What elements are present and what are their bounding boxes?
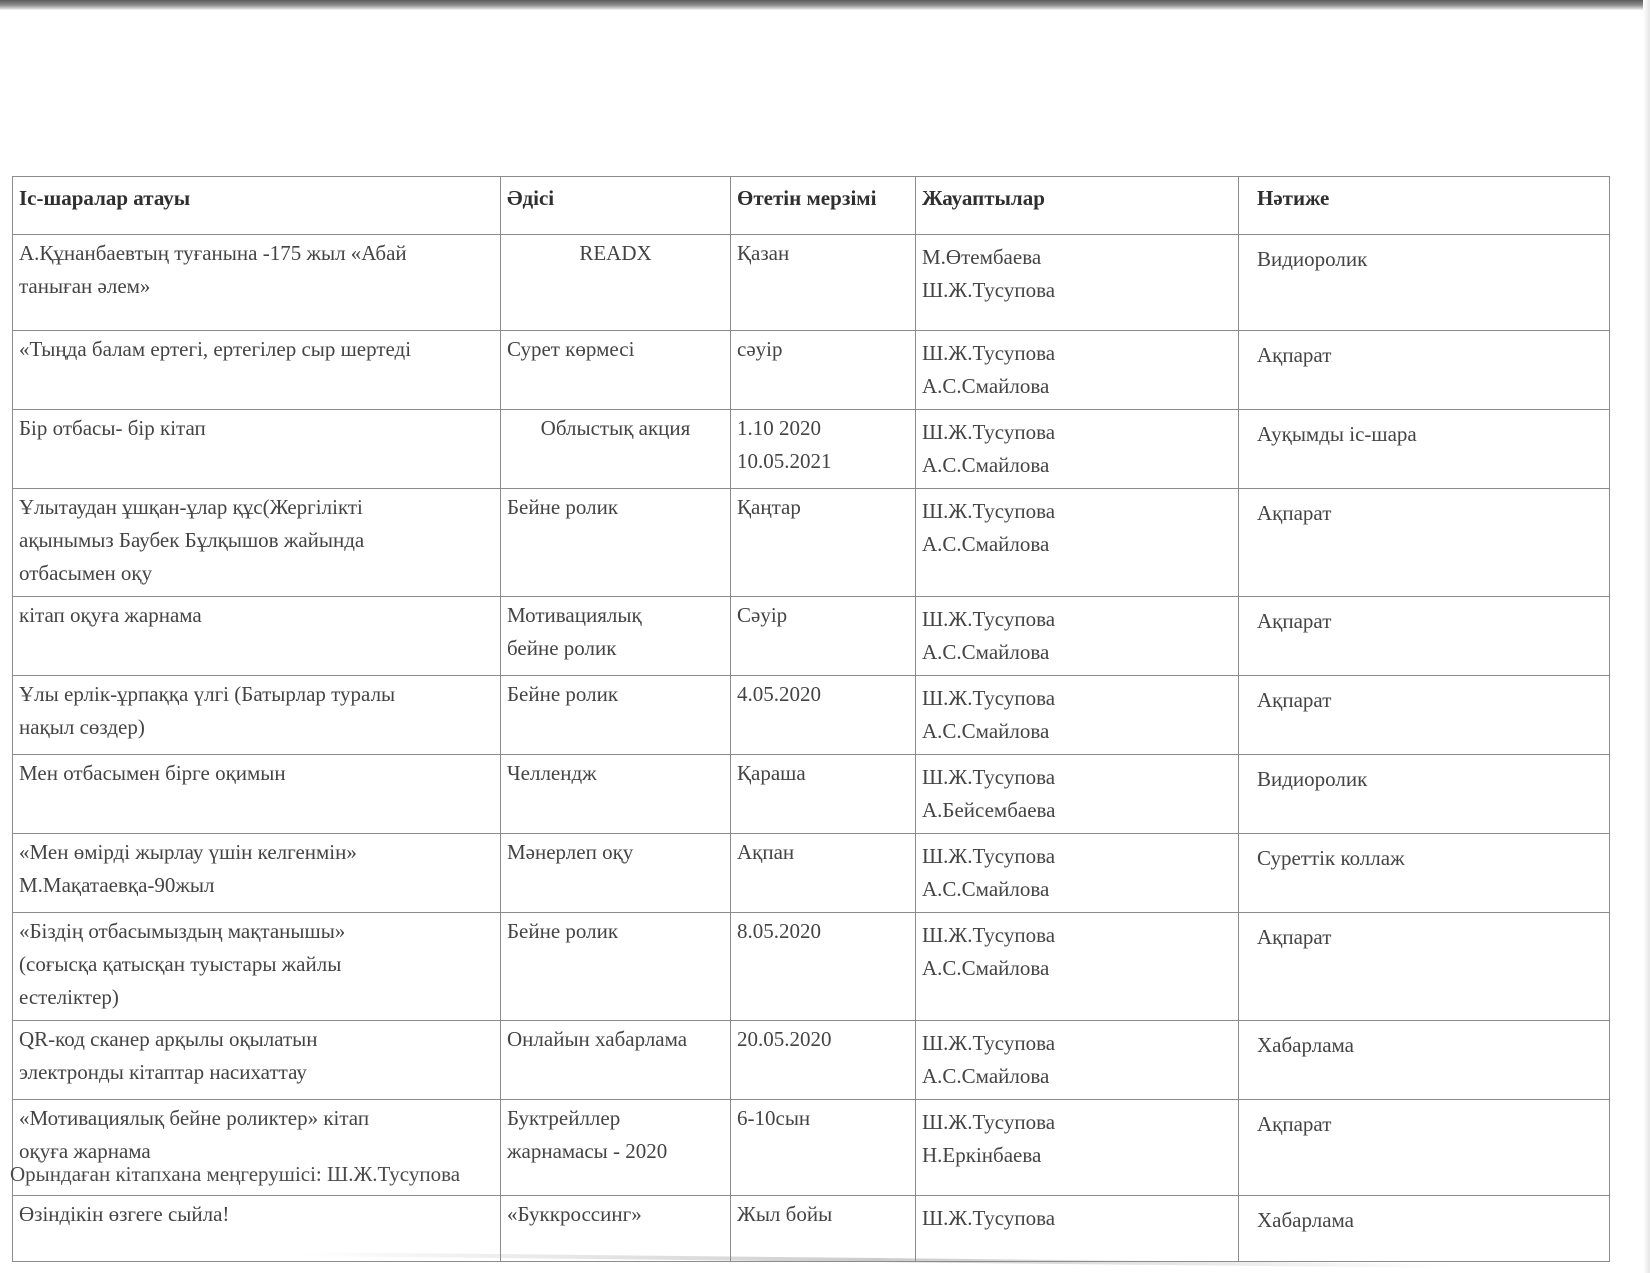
cell-event-name: «Тыңда балам ертегі, ертегілер сыр шерте… — [13, 331, 501, 410]
cell-responsible-line: Ш.Ж.Тусупова — [922, 761, 1232, 794]
cell-method-line: бейне ролик — [507, 632, 724, 665]
cell-responsible: Ш.Ж.ТусуповаА.С.Смайлова — [916, 1021, 1239, 1100]
cell-result-text: Ақпарат — [1257, 1108, 1603, 1141]
cell-event-name-line: Ұлы ерлік-ұрпаққа үлгі (Батырлар туралы — [19, 678, 494, 711]
cell-date-line: 8.05.2020 — [737, 915, 909, 948]
cell-responsible: Ш.Ж.ТусуповаА.С.Смайлова — [916, 834, 1239, 913]
signature-line: Орындаған кітапхана меңгерушісі: Ш.Ж.Тус… — [10, 1162, 460, 1187]
cell-responsible-line: Ш.Ж.Тусупова — [922, 337, 1232, 370]
cell-date: 20.05.2020 — [731, 1021, 916, 1100]
cell-date-line: Қаңтар — [737, 491, 909, 524]
cell-responsible: Ш.Ж.ТусуповаА.Бейсембаева — [916, 755, 1239, 834]
cell-method-line: «Буккроссинг» — [507, 1198, 724, 1231]
cell-method-line: Мәнерлеп оқу — [507, 836, 724, 869]
cell-responsible: Ш.Ж.ТусуповаА.С.Смайлова — [916, 489, 1239, 597]
cell-method-line: Сурет көрмесі — [507, 333, 724, 366]
cell-method-line: READX — [507, 237, 724, 270]
cell-date: 4.05.2020 — [731, 676, 916, 755]
cell-event-name: «Біздің отбасымыздың мақтанышы»(соғысқа … — [13, 913, 501, 1021]
cell-event-name-line: нақыл сөздер) — [19, 711, 494, 744]
cell-event-name: Ұлытаудан ұшқан-ұлар құс(Жергіліктіақыны… — [13, 489, 501, 597]
cell-result: Ақпарат — [1239, 597, 1610, 676]
cell-responsible-line: А.С.Смайлова — [922, 952, 1232, 985]
cell-event-name-line: естеліктер) — [19, 981, 494, 1014]
cell-result-text: Ақпарат — [1257, 339, 1603, 372]
cell-event-name-line: М.Мақатаевқа-90жыл — [19, 869, 494, 902]
events-plan-table: Іс-шаралар атауы Әдісі Өтетін мерзімі Жа… — [12, 176, 1610, 1262]
table-row: Бір отбасы- бір кітапОблыстық акция1.10 … — [13, 410, 1610, 489]
cell-event-name: QR-код сканер арқылы оқылатынэлектронды … — [13, 1021, 501, 1100]
cell-result-text: Ауқымды іс-шара — [1257, 418, 1603, 451]
table-row: кітап оқуға жарнамаМотивациялықбейне рол… — [13, 597, 1610, 676]
cell-date: Ақпан — [731, 834, 916, 913]
cell-event-name-line: «Тыңда балам ертегі, ертегілер сыр шерте… — [19, 333, 494, 366]
cell-date: Қаңтар — [731, 489, 916, 597]
cell-event-name-line: (соғысқа қатысқан туыстары жайлы — [19, 948, 494, 981]
cell-date-line: 10.05.2021 — [737, 445, 909, 478]
cell-date-line: 4.05.2020 — [737, 678, 909, 711]
cell-responsible-line: Ш.Ж.Тусупова — [922, 274, 1232, 307]
cell-responsible: Ш.Ж.ТусуповаА.С.Смайлова — [916, 597, 1239, 676]
cell-method-line: Бейне ролик — [507, 678, 724, 711]
cell-method-line: Бейне ролик — [507, 491, 724, 524]
cell-date: 6-10сын — [731, 1100, 916, 1196]
cell-responsible: Ш.Ж.ТусуповаА.С.Смайлова — [916, 331, 1239, 410]
header-date: Өтетін мерзімі — [731, 177, 916, 235]
cell-responsible-line: А.С.Смайлова — [922, 636, 1232, 669]
cell-method-line: Мотивациялық — [507, 599, 724, 632]
cell-event-name-line: Ұлытаудан ұшқан-ұлар құс(Жергілікті — [19, 491, 494, 524]
cell-date-line: 6-10сын — [737, 1102, 909, 1135]
table-row: «Тыңда балам ертегі, ертегілер сыр шерте… — [13, 331, 1610, 410]
cell-method: Онлайын хабарлама — [501, 1021, 731, 1100]
cell-date-line: 20.05.2020 — [737, 1023, 909, 1056]
cell-event-name-line: А.Құнанбаевтың туғанына -175 жыл «Абай — [19, 237, 494, 270]
cell-method-line: Облыстық акция — [507, 412, 724, 445]
scan-edge-right — [1643, 0, 1650, 1273]
cell-event-name-line: отбасымен оқу — [19, 557, 494, 590]
cell-responsible-line: Ш.Ж.Тусупова — [922, 682, 1232, 715]
cell-date-line: Сәуір — [737, 599, 909, 632]
table-row: QR-код сканер арқылы оқылатынэлектронды … — [13, 1021, 1610, 1100]
cell-event-name-line: «Мотивациялық бейне роликтер» кітап — [19, 1102, 494, 1135]
cell-responsible-line: А.С.Смайлова — [922, 370, 1232, 403]
cell-event-name-line: «Біздің отбасымыздың мақтанышы» — [19, 915, 494, 948]
cell-method: Сурет көрмесі — [501, 331, 731, 410]
cell-responsible: Ш.Ж.ТусуповаА.С.Смайлова — [916, 410, 1239, 489]
cell-date-line: Қараша — [737, 757, 909, 790]
cell-responsible: М.ӨтембаеваШ.Ж.Тусупова — [916, 235, 1239, 331]
cell-date-line: сәуір — [737, 333, 909, 366]
table-row: Өзіндікін өзгеге сыйла!«Буккроссинг»Жыл … — [13, 1196, 1610, 1262]
cell-result: Хабарлама — [1239, 1021, 1610, 1100]
cell-result: Ақпарат — [1239, 676, 1610, 755]
cell-responsible-line: Ш.Ж.Тусупова — [922, 1106, 1232, 1139]
cell-result-text: Суреттік коллаж — [1257, 842, 1603, 875]
cell-date: Қараша — [731, 755, 916, 834]
cell-responsible-line: Ш.Ж.Тусупова — [922, 1202, 1232, 1235]
cell-date: сәуір — [731, 331, 916, 410]
cell-date: Жыл бойы — [731, 1196, 916, 1262]
cell-responsible-line: Ш.Ж.Тусупова — [922, 840, 1232, 873]
cell-responsible-line: А.С.Смайлова — [922, 528, 1232, 561]
cell-event-name-line: электронды кітаптар насихаттау — [19, 1056, 494, 1089]
header-method: Әдісі — [501, 177, 731, 235]
cell-method: Буктрейллержарнамасы - 2020 — [501, 1100, 731, 1196]
cell-result: Суреттік коллаж — [1239, 834, 1610, 913]
cell-responsible-line: А.С.Смайлова — [922, 715, 1232, 748]
cell-method-line: Онлайын хабарлама — [507, 1023, 724, 1056]
cell-event-name: А.Құнанбаевтың туғанына -175 жыл «Абайта… — [13, 235, 501, 331]
cell-method: Облыстық акция — [501, 410, 731, 489]
cell-responsible-line: Ш.Ж.Тусупова — [922, 603, 1232, 636]
cell-result-text: Хабарлама — [1257, 1029, 1603, 1062]
cell-method: «Буккроссинг» — [501, 1196, 731, 1262]
cell-responsible: Ш.Ж.ТусуповаА.С.Смайлова — [916, 676, 1239, 755]
cell-responsible-line: М.Өтембаева — [922, 241, 1232, 274]
cell-date: 1.10 202010.05.2021 — [731, 410, 916, 489]
cell-responsible: Ш.Ж.ТусуповаА.С.Смайлова — [916, 913, 1239, 1021]
cell-event-name-line: «Мен өмірді жырлау үшін келгенмін» — [19, 836, 494, 869]
cell-responsible-line: Ш.Ж.Тусупова — [922, 416, 1232, 449]
cell-result: Видиоролик — [1239, 235, 1610, 331]
cell-event-name: Мен отбасымен бірге оқимын — [13, 755, 501, 834]
cell-responsible-line: А.С.Смайлова — [922, 1060, 1232, 1093]
cell-result-text: Ақпарат — [1257, 497, 1603, 530]
cell-result-text: Видиоролик — [1257, 763, 1603, 796]
cell-method: Мәнерлеп оқу — [501, 834, 731, 913]
cell-responsible-line: Ш.Ж.Тусупова — [922, 1027, 1232, 1060]
cell-date: Қазан — [731, 235, 916, 331]
cell-result: Видиоролик — [1239, 755, 1610, 834]
cell-responsible-line: Н.Еркінбаева — [922, 1139, 1232, 1172]
cell-method-line: Буктрейллер — [507, 1102, 724, 1135]
cell-event-name-line: Өзіндікін өзгеге сыйла! — [19, 1198, 494, 1231]
cell-responsible-line: Ш.Ж.Тусупова — [922, 495, 1232, 528]
cell-method-line: жарнамасы - 2020 — [507, 1135, 724, 1168]
cell-event-name: «Мен өмірді жырлау үшін келгенмін»М.Мақа… — [13, 834, 501, 913]
cell-result: Хабарлама — [1239, 1196, 1610, 1262]
cell-date-line: 1.10 2020 — [737, 412, 909, 445]
cell-event-name: Өзіндікін өзгеге сыйла! — [13, 1196, 501, 1262]
cell-method: Челлендж — [501, 755, 731, 834]
table-row: Ұлытаудан ұшқан-ұлар құс(Жергіліктіақыны… — [13, 489, 1610, 597]
header-responsible: Жауаптылар — [916, 177, 1239, 235]
cell-date-line: Қазан — [737, 237, 909, 270]
cell-responsible: Ш.Ж.ТусуповаН.Еркінбаева — [916, 1100, 1239, 1196]
cell-method: Бейне ролик — [501, 676, 731, 755]
cell-date-line: Ақпан — [737, 836, 909, 869]
header-result: Нәтиже — [1239, 177, 1610, 235]
cell-responsible-line: А.С.Смайлова — [922, 449, 1232, 482]
table-row: Мен отбасымен бірге оқимынЧелленджҚараша… — [13, 755, 1610, 834]
table-row: А.Құнанбаевтың туғанына -175 жыл «Абайта… — [13, 235, 1610, 331]
cell-date-line: Жыл бойы — [737, 1198, 909, 1231]
cell-event-name-line: таныған әлем» — [19, 270, 494, 303]
cell-event-name: Бір отбасы- бір кітап — [13, 410, 501, 489]
cell-event-name: Ұлы ерлік-ұрпаққа үлгі (Батырлар туралын… — [13, 676, 501, 755]
cell-result-text: Ақпарат — [1257, 684, 1603, 717]
cell-result-text: Видиоролик — [1257, 243, 1603, 276]
cell-event-name-line: кітап оқуға жарнама — [19, 599, 494, 632]
cell-result-text: Ақпарат — [1257, 921, 1603, 954]
table-body: А.Құнанбаевтың туғанына -175 жыл «Абайта… — [13, 235, 1610, 1262]
cell-method-line: Челлендж — [507, 757, 724, 790]
cell-result: Ақпарат — [1239, 331, 1610, 410]
cell-result-text: Ақпарат — [1257, 605, 1603, 638]
table-row: «Біздің отбасымыздың мақтанышы»(соғысқа … — [13, 913, 1610, 1021]
cell-method: READX — [501, 235, 731, 331]
cell-responsible-line: Ш.Ж.Тусупова — [922, 919, 1232, 952]
cell-result-text: Хабарлама — [1257, 1204, 1603, 1237]
cell-event-name-line: ақынымыз Баубек Бұлқышов жайында — [19, 524, 494, 557]
cell-responsible-line: А.Бейсембаева — [922, 794, 1232, 827]
cell-method: Бейне ролик — [501, 913, 731, 1021]
cell-result: Ақпарат — [1239, 489, 1610, 597]
table-header-row: Іс-шаралар атауы Әдісі Өтетін мерзімі Жа… — [13, 177, 1610, 235]
cell-date: Сәуір — [731, 597, 916, 676]
cell-event-name-line: Мен отбасымен бірге оқимын — [19, 757, 494, 790]
table-row: Ұлы ерлік-ұрпаққа үлгі (Батырлар туралын… — [13, 676, 1610, 755]
cell-event-name-line: Бір отбасы- бір кітап — [19, 412, 494, 445]
cell-method-line: Бейне ролик — [507, 915, 724, 948]
header-event-name: Іс-шаралар атауы — [13, 177, 501, 235]
cell-method: Мотивациялықбейне ролик — [501, 597, 731, 676]
cell-event-name: кітап оқуға жарнама — [13, 597, 501, 676]
cell-method: Бейне ролик — [501, 489, 731, 597]
cell-responsible-line: А.С.Смайлова — [922, 873, 1232, 906]
table-row: «Мен өмірді жырлау үшін келгенмін»М.Мақа… — [13, 834, 1610, 913]
cell-responsible: Ш.Ж.Тусупова — [916, 1196, 1239, 1262]
cell-result: Ақпарат — [1239, 1100, 1610, 1196]
cell-date: 8.05.2020 — [731, 913, 916, 1021]
cell-result: Ақпарат — [1239, 913, 1610, 1021]
cell-event-name-line: QR-код сканер арқылы оқылатын — [19, 1023, 494, 1056]
scan-edge-top — [0, 0, 1650, 10]
cell-result: Ауқымды іс-шара — [1239, 410, 1610, 489]
